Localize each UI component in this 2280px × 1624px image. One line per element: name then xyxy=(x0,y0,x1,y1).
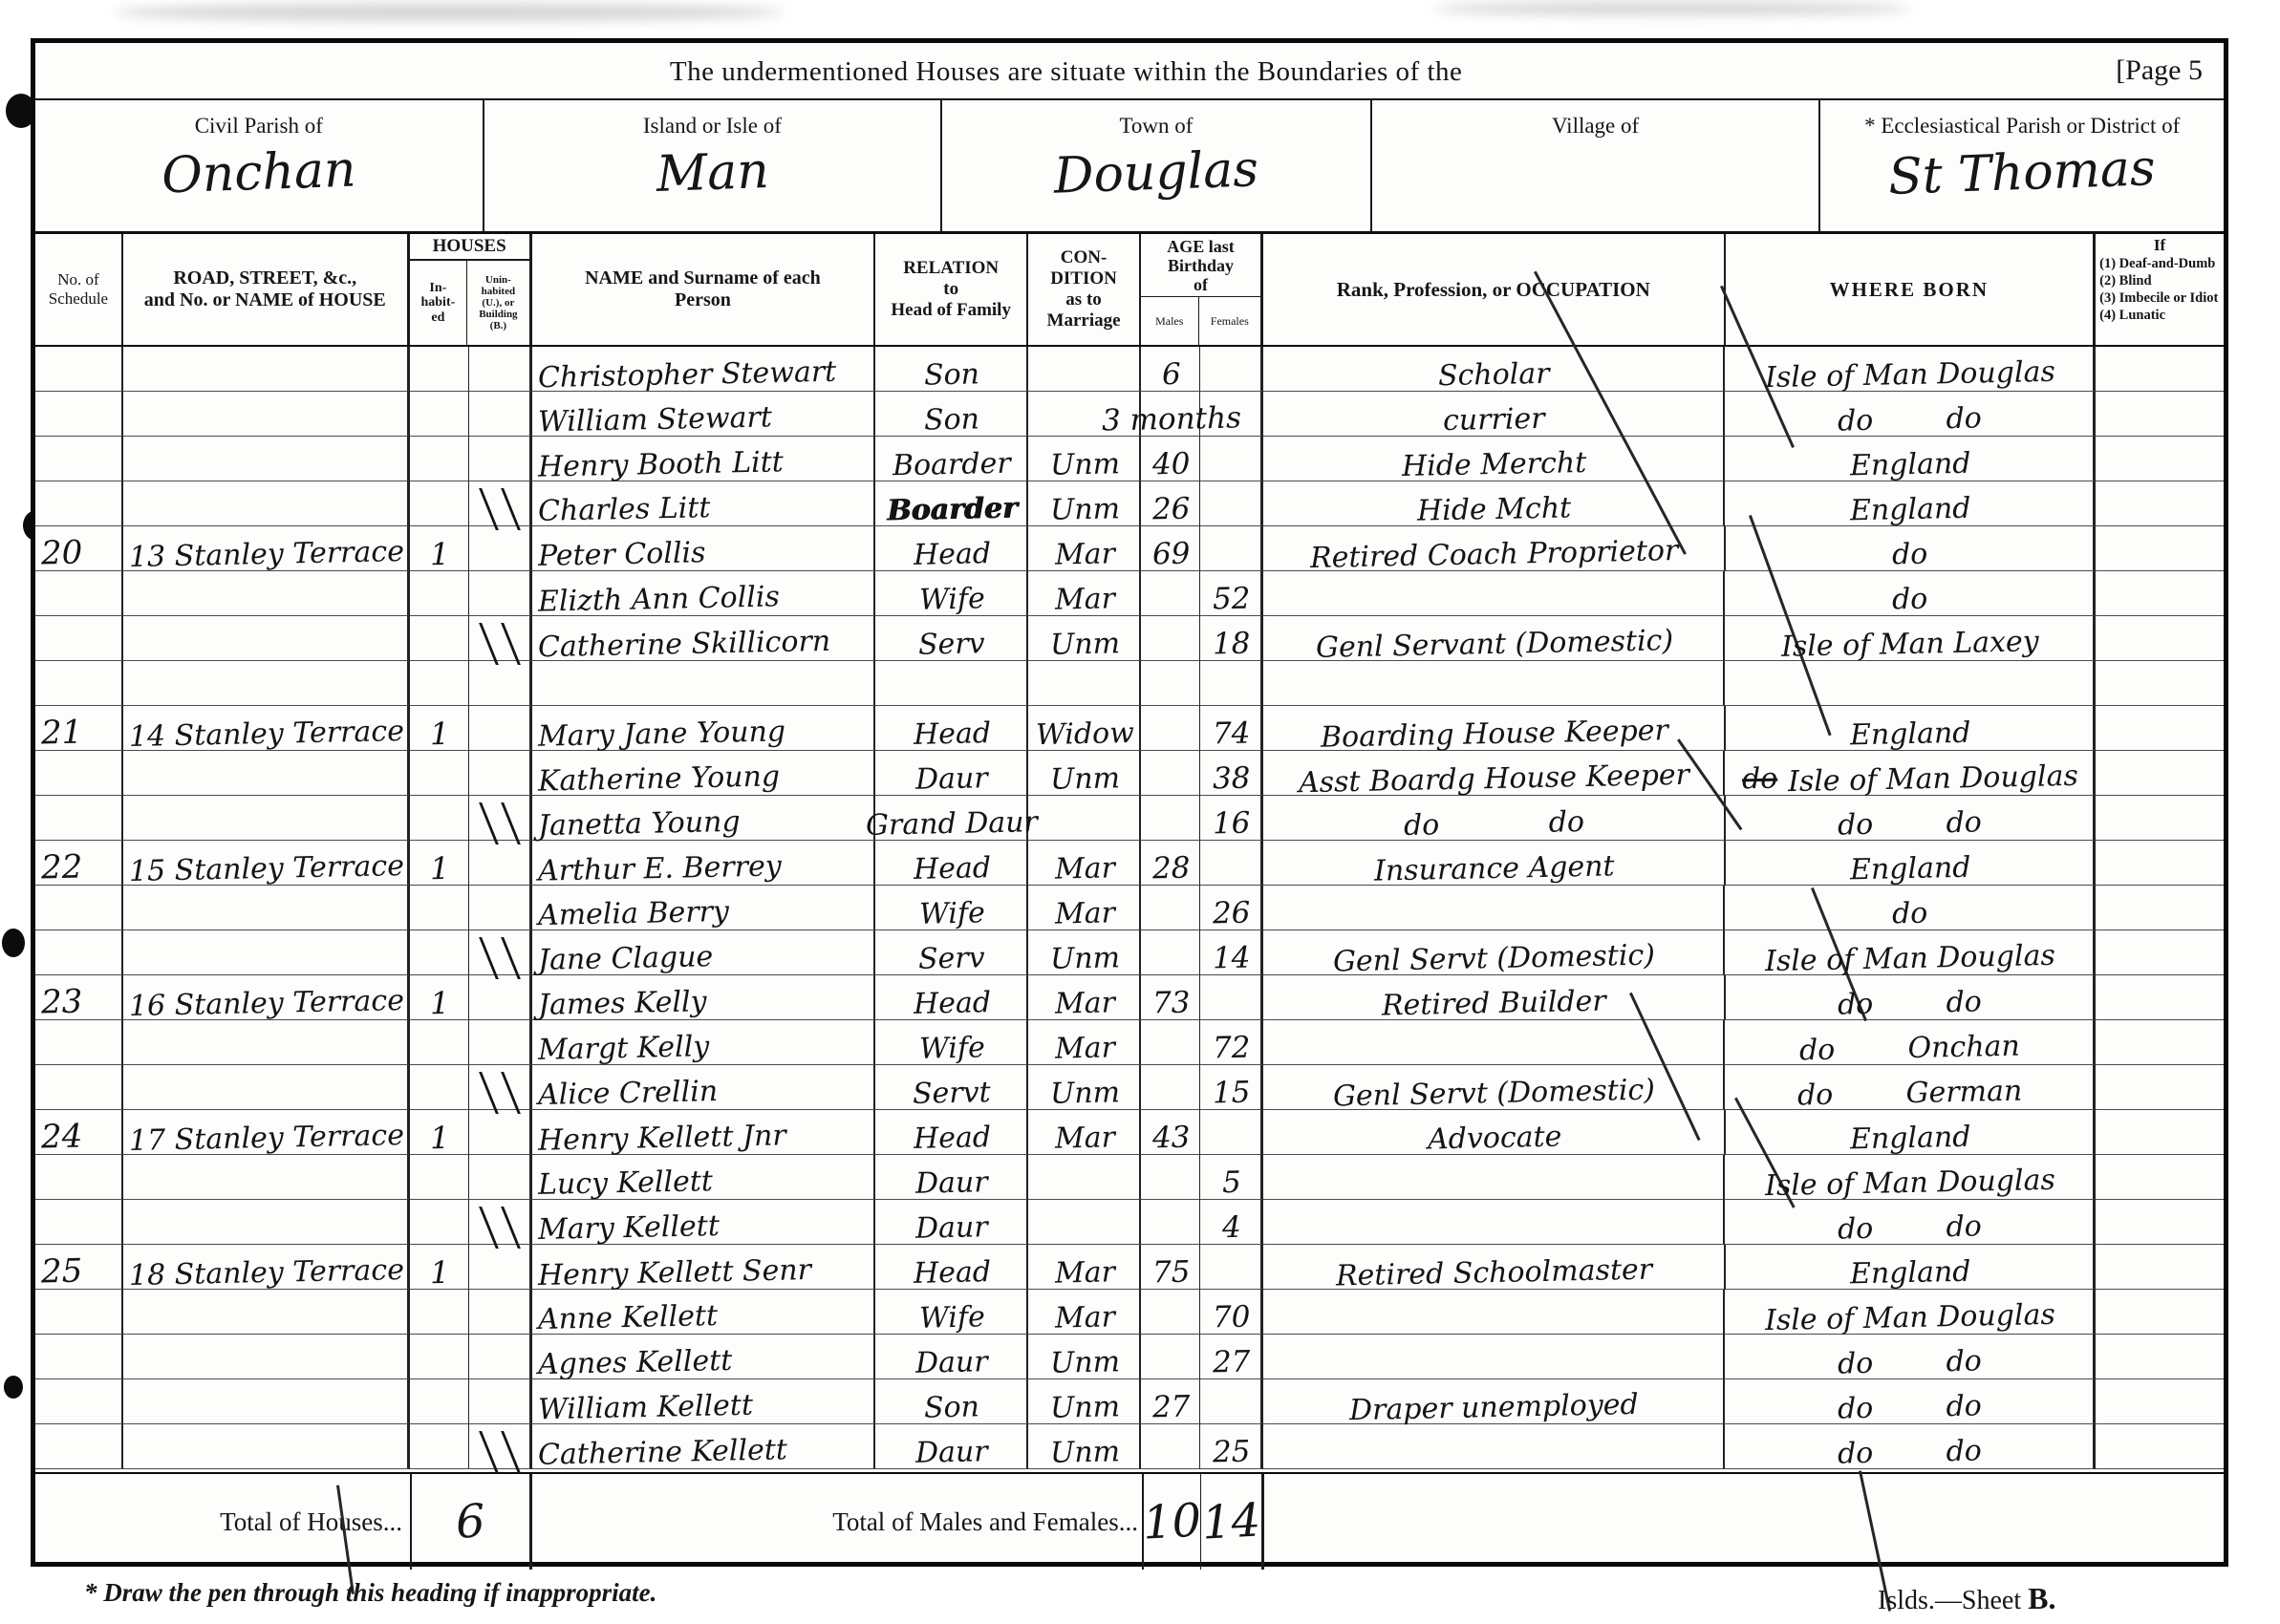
page-number: [Page 5 xyxy=(2116,54,2203,87)
cell-infirmity xyxy=(2096,661,2224,706)
handwritten-entry: William Stewart xyxy=(537,403,771,437)
handwritten-entry: Genl Servt (Domestic) xyxy=(1333,1076,1655,1111)
header-infirmity-if: If xyxy=(2099,236,2220,255)
cell-schedule xyxy=(35,392,123,437)
cell-occupation xyxy=(1263,1290,1726,1335)
handwritten-entry: do do xyxy=(1838,1392,1982,1423)
column-headers: No. of Schedule ROAD, STREET, &c., and N… xyxy=(35,234,2224,347)
total-males-value: 10 xyxy=(1142,1493,1203,1549)
cell-uninhabited xyxy=(469,1200,532,1245)
cell-infirmity xyxy=(2096,1245,2224,1290)
handwritten-entry: 18 xyxy=(1212,630,1250,660)
handwritten-entry: Draper unemployed xyxy=(1349,1391,1639,1425)
cell-name: Alice Crellin xyxy=(532,1065,876,1110)
handwritten-entry: Isle of Man Douglas xyxy=(1765,358,2055,393)
cell-schedule xyxy=(35,616,123,661)
cell-uninhabited xyxy=(469,571,532,616)
cell-occupation: Hide Mercht xyxy=(1263,437,1726,481)
cell-condition xyxy=(1028,796,1141,841)
handwritten-entry: Serv xyxy=(918,944,985,973)
handwritten-entry: Isle of Man Douglas xyxy=(1765,1301,2055,1336)
cell-occupation: currier xyxy=(1263,392,1726,437)
cell-relation: Grand Daur xyxy=(875,796,1028,841)
handwritten-entry: 43 xyxy=(1152,1123,1191,1154)
cell-condition: Mar xyxy=(1028,571,1141,616)
cell-schedule xyxy=(35,1200,123,1245)
handwritten-entry: 27 xyxy=(1151,1393,1190,1423)
cell-name: Anne Kellett xyxy=(532,1290,876,1335)
cell-name: Agnes Kellett xyxy=(532,1335,876,1379)
cell-occupation: Retired Schoolmaster xyxy=(1263,1245,1726,1290)
cell-born: do xyxy=(1725,571,2096,616)
cell-uninhabited xyxy=(469,481,532,526)
cell-road: 18 Stanley Terrace xyxy=(123,1245,410,1290)
cell-relation: Wife xyxy=(875,571,1028,616)
table-row: Jane ClagueServUnm14Genl Servt (Domestic… xyxy=(35,930,2224,975)
field-town: Town of Douglas xyxy=(942,100,1372,231)
cell-born: England xyxy=(1726,1110,2097,1155)
cell-inhabited xyxy=(410,1335,469,1379)
table-row: 2417 Stanley Terrace1Henry Kellett JnrHe… xyxy=(35,1110,2224,1155)
cell-relation: Wife xyxy=(875,886,1028,930)
cell-age_m: 27 xyxy=(1141,1379,1200,1424)
cell-road xyxy=(123,571,410,616)
handwritten-entry: Mar xyxy=(1054,540,1115,569)
cell-relation: Daur xyxy=(875,1200,1028,1245)
table-row: Katherine YoungDaurUnm38Asst Boardg Hous… xyxy=(35,751,2224,796)
handwritten-entry: 1 xyxy=(430,718,450,749)
cell-uninhabited xyxy=(469,796,532,841)
cell-uninhabited xyxy=(469,1335,532,1379)
handwritten-entry: Unm xyxy=(1049,944,1120,974)
handwritten-entry: Retired Schoolmaster xyxy=(1336,1256,1653,1292)
cell-age_f: 18 xyxy=(1200,616,1263,661)
location-fields-row: Civil Parish of Onchan Island or Isle of… xyxy=(35,100,2224,234)
cell-schedule: 23 xyxy=(35,975,123,1020)
cell-age_m xyxy=(1141,1424,1200,1469)
cell-age_m xyxy=(1141,1200,1200,1245)
cell-inhabited xyxy=(410,481,469,526)
cell-name: Henry Booth Litt xyxy=(532,437,876,481)
cell-road xyxy=(123,1379,410,1424)
cell-relation: Wife xyxy=(875,1290,1028,1335)
cell-name: Jane Clague xyxy=(532,930,876,975)
cell-condition: Unm xyxy=(1028,481,1141,526)
handwritten-entry: do German xyxy=(1797,1078,2023,1111)
handwritten-entry: Mar xyxy=(1054,1258,1115,1288)
cell-condition: Unm xyxy=(1028,930,1141,975)
handwritten-entry: England xyxy=(1849,854,1970,886)
cell-uninhabited xyxy=(469,526,532,571)
cell-name: Mary Kellett xyxy=(532,1200,876,1245)
cell-born: do xyxy=(1726,526,2097,571)
cell-age_f: 26 xyxy=(1200,886,1263,930)
field-value-handwritten: Onchan xyxy=(34,137,483,209)
cell-inhabited xyxy=(410,1424,469,1469)
cell-inhabited xyxy=(410,1065,469,1110)
field-island: Island or Isle of Man xyxy=(484,100,943,231)
cell-road xyxy=(123,1424,410,1469)
sheet-label: Islds.—Sheet B. xyxy=(1878,1581,2055,1616)
handwritten-entry: Serv xyxy=(918,630,985,659)
cell-infirmity xyxy=(2096,437,2224,481)
cell-relation: Servt xyxy=(875,1065,1028,1110)
handwritten-entry: 24 xyxy=(41,1121,83,1154)
ink-blob xyxy=(4,1376,23,1399)
struck-text: do xyxy=(1742,765,1778,795)
cell-inhabited: 1 xyxy=(410,1110,469,1155)
cell-infirmity xyxy=(2096,1335,2224,1379)
cell-infirmity xyxy=(2096,975,2224,1020)
cell-born: England xyxy=(1726,706,2097,751)
cell-uninhabited xyxy=(469,841,532,886)
cell-schedule xyxy=(35,481,123,526)
handwritten-entry: 16 xyxy=(1212,809,1250,840)
scan-smudge xyxy=(115,4,784,21)
handwritten-entry: Head xyxy=(914,854,992,885)
cell-uninhabited xyxy=(469,930,532,975)
cell-condition: Unm xyxy=(1028,1424,1141,1469)
cell-name: Catherine Kellett xyxy=(532,1424,876,1469)
cell-occupation: Boarding House Keeper xyxy=(1263,706,1726,751)
cell-occupation: Advocate xyxy=(1263,1110,1726,1155)
table-row: Janetta YoungGrand Daur16do dodo do xyxy=(35,796,2224,841)
cell-inhabited xyxy=(410,616,469,661)
header-infirmity-item: (2) Blind xyxy=(2099,272,2151,289)
cell-road: 17 Stanley Terrace xyxy=(123,1110,410,1155)
cell-inhabited xyxy=(410,392,469,437)
cell-condition: Widow xyxy=(1028,706,1141,751)
cell-born: England xyxy=(1726,841,2097,886)
cell-condition xyxy=(1028,1200,1141,1245)
handwritten-entry: 52 xyxy=(1212,585,1250,615)
handwritten-entry: 75 xyxy=(1152,1258,1191,1289)
cell-infirmity xyxy=(2096,571,2224,616)
cell-name: James Kelly xyxy=(532,975,876,1020)
cell-inhabited xyxy=(410,930,469,975)
cell-uninhabited xyxy=(469,975,532,1020)
cell-inhabited xyxy=(410,661,469,706)
header-road: ROAD, STREET, &c., and No. or NAME of HO… xyxy=(123,234,410,345)
household-tally-mark xyxy=(479,1207,521,1249)
cell-condition: Mar xyxy=(1028,886,1141,930)
cell-name: Peter Collis xyxy=(532,526,876,571)
handwritten-entry: Boarder xyxy=(887,495,1018,526)
cell-age_m: 75 xyxy=(1141,1245,1200,1290)
cell-road xyxy=(123,1290,410,1335)
handwritten-entry: Catherine Skillicorn xyxy=(537,628,830,662)
handwritten-entry: 15 Stanley Terrace xyxy=(129,852,404,887)
handwritten-entry: 1 xyxy=(430,988,450,1018)
cell-age_m xyxy=(1141,706,1200,751)
header-uninhabited: Unin- habited (U.), or Building (B.) xyxy=(467,261,528,345)
cell-age_f xyxy=(1200,975,1263,1020)
table-row: Christopher StewartSon6ScholarIsle of Ma… xyxy=(35,347,2224,392)
handwritten-entry: do xyxy=(1892,900,1928,930)
entries-table-body: Christopher StewartSon6ScholarIsle of Ma… xyxy=(35,347,2224,1472)
cell-uninhabited xyxy=(469,886,532,930)
cell-relation: Serv xyxy=(875,930,1028,975)
cell-schedule xyxy=(35,571,123,616)
cell-relation: Head xyxy=(875,526,1028,571)
cell-born: doIsle of Man Douglas xyxy=(1725,751,2096,796)
cell-name: Katherine Young xyxy=(532,751,876,796)
cell-uninhabited xyxy=(469,1424,532,1469)
cell-born xyxy=(1725,661,2096,706)
cell-inhabited xyxy=(410,1155,469,1200)
sheet-prefix: Islds.—Sheet xyxy=(1878,1586,2028,1615)
cell-name: Elizth Ann Collis xyxy=(532,571,876,616)
cell-inhabited xyxy=(410,1020,469,1065)
table-row: Henry Booth LittBoarderUnm40Hide MerchtE… xyxy=(35,437,2224,481)
handwritten-entry: Isle of Man Douglas xyxy=(1787,762,2077,797)
handwritten-entry: do do xyxy=(1838,404,1982,436)
cell-occupation xyxy=(1263,1020,1726,1065)
cell-born: do do xyxy=(1725,1424,2096,1469)
cell-occupation: do do xyxy=(1263,796,1726,841)
handwritten-entry: 1 xyxy=(430,853,450,884)
handwritten-entry: 38 xyxy=(1212,764,1250,795)
ink-blob xyxy=(2,929,25,957)
header-name: NAME and Surname of each Person xyxy=(532,234,876,345)
cell-born: do xyxy=(1725,886,2096,930)
cell-road: 15 Stanley Terrace xyxy=(123,841,410,886)
cell-inhabited: 1 xyxy=(410,975,469,1020)
field-ecclesiastical-parish: * Ecclesiastical Parish or District of S… xyxy=(1820,100,2224,231)
handwritten-entry: Unm xyxy=(1049,630,1120,660)
handwritten-entry: England xyxy=(1849,1123,1970,1155)
handwritten-entry: Isle of Man Douglas xyxy=(1765,942,2055,976)
handwritten-entry: Jane Clague xyxy=(537,943,713,975)
handwritten-entry: Widow xyxy=(1035,719,1133,750)
cell-schedule xyxy=(35,661,123,706)
cell-schedule xyxy=(35,1290,123,1335)
cell-relation: Son xyxy=(875,1379,1028,1424)
cell-condition: Mar xyxy=(1028,1245,1141,1290)
header-infirmity-item: (1) Deaf-and-Dumb xyxy=(2099,255,2215,272)
cell-schedule xyxy=(35,1155,123,1200)
cell-relation: Head xyxy=(875,1110,1028,1155)
handwritten-entry: 1 xyxy=(430,1257,450,1288)
table-row: Margt KellyWifeMar72do Onchan xyxy=(35,1020,2224,1065)
footer-instruction: * Draw the pen through this heading if i… xyxy=(84,1578,656,1608)
cell-infirmity xyxy=(2096,481,2224,526)
cell-occupation: Genl Servt (Domestic) xyxy=(1263,930,1726,975)
handwritten-entry: Wife xyxy=(918,1303,984,1333)
header-males: Males xyxy=(1141,297,1199,345)
cell-inhabited: 1 xyxy=(410,841,469,886)
field-label: Town of xyxy=(942,100,1370,139)
cell-age_f xyxy=(1200,437,1263,481)
cell-infirmity xyxy=(2096,347,2224,392)
handwritten-entry: do do xyxy=(1838,808,1982,840)
cell-uninhabited xyxy=(469,751,532,796)
cell-inhabited xyxy=(410,886,469,930)
cell-infirmity xyxy=(2096,1155,2224,1200)
handwritten-entry: 27 xyxy=(1212,1348,1250,1378)
handwritten-entry: Scholar xyxy=(1438,360,1550,391)
handwritten-entry: Catherine Kellett xyxy=(537,1436,787,1469)
cell-occupation xyxy=(1263,1424,1726,1469)
cell-born: Isle of Man Douglas xyxy=(1725,1155,2096,1200)
handwritten-entry: Genl Servant (Domestic) xyxy=(1315,627,1673,663)
cell-relation: Head xyxy=(875,975,1028,1020)
handwritten-entry: Daur xyxy=(915,1438,988,1468)
cell-infirmity xyxy=(2096,1290,2224,1335)
cell-age_m xyxy=(1141,661,1200,706)
table-row: Lucy KellettDaur5Isle of Man Douglas xyxy=(35,1155,2224,1200)
handwritten-entry: Wife xyxy=(918,585,984,614)
handwritten-entry: Servt xyxy=(913,1079,991,1109)
cell-born: do do xyxy=(1725,392,2096,437)
handwritten-entry: Unm xyxy=(1049,1393,1120,1423)
total-houses-value: 6 xyxy=(455,1494,486,1549)
handwritten-entry: Isle of Man Douglas xyxy=(1765,1166,2055,1201)
handwritten-entry: Arthur E. Berrey xyxy=(537,852,781,886)
cell-name: William Kellett xyxy=(532,1379,876,1424)
table-row: Catherine KellettDaurUnm25do do xyxy=(35,1424,2224,1469)
handwritten-entry: Daur xyxy=(915,1213,988,1244)
handwritten-entry: Daur xyxy=(915,1168,988,1199)
cell-condition: Mar xyxy=(1028,1290,1141,1335)
handwritten-entry: do xyxy=(1892,541,1928,570)
cell-schedule xyxy=(35,437,123,481)
cell-age_m xyxy=(1141,930,1200,975)
cell-name: Margt Kelly xyxy=(532,1020,876,1065)
handwritten-entry: England xyxy=(1849,495,1970,526)
cell-condition: Unm xyxy=(1028,1065,1141,1110)
handwritten-entry: Alice Crellin xyxy=(537,1078,718,1110)
cell-infirmity xyxy=(2096,706,2224,751)
handwritten-entry: do do xyxy=(1838,1347,1982,1378)
cell-occupation xyxy=(1263,661,1726,706)
handwritten-entry: Lucy Kellett xyxy=(537,1167,713,1200)
cell-relation: Son xyxy=(875,392,1028,437)
handwritten-entry: England xyxy=(1849,1258,1970,1290)
cell-age_f: 27 xyxy=(1200,1335,1263,1379)
handwritten-entry: 26 xyxy=(1212,899,1250,930)
form-header: The undermentioned Houses are situate wi… xyxy=(35,43,2224,100)
table-row: 2215 Stanley Terrace1Arthur E. BerreyHea… xyxy=(35,841,2224,886)
cell-road xyxy=(123,1065,410,1110)
cell-road xyxy=(123,930,410,975)
cell-inhabited xyxy=(410,1200,469,1245)
handwritten-entry: Son xyxy=(924,1393,980,1422)
handwritten-entry: 72 xyxy=(1212,1034,1250,1064)
cell-occupation: Draper unemployed xyxy=(1263,1379,1726,1424)
handwritten-entry: do do xyxy=(1838,1437,1982,1468)
cell-inhabited xyxy=(410,437,469,481)
handwritten-entry: currier xyxy=(1443,405,1545,436)
cell-schedule: 25 xyxy=(35,1245,123,1290)
handwritten-entry: 1 xyxy=(430,539,450,569)
handwritten-entry: Unm xyxy=(1049,450,1120,481)
handwritten-entry: 74 xyxy=(1212,719,1250,750)
handwritten-entry: Son xyxy=(924,360,980,390)
cell-age_m xyxy=(1141,1020,1200,1065)
household-tally-mark xyxy=(479,488,521,530)
cell-age_f: 70 xyxy=(1200,1290,1263,1335)
cell-age_f: 4 xyxy=(1200,1200,1263,1245)
handwritten-entry: Head xyxy=(914,1258,992,1289)
handwritten-entry: Unm xyxy=(1049,1348,1120,1378)
cell-age_f xyxy=(1200,661,1263,706)
cell-relation: Head xyxy=(875,1245,1028,1290)
cell-relation: Serv xyxy=(875,616,1028,661)
handwritten-entry: Mary Kellett xyxy=(537,1212,719,1245)
header-infirmity-item: (3) Imbecile or Idiot xyxy=(2099,289,2218,307)
table-row: 2013 Stanley Terrace1Peter CollisHeadMar… xyxy=(35,526,2224,571)
cell-schedule xyxy=(35,930,123,975)
field-village: Village of xyxy=(1372,100,1821,231)
header-infirmity-item: (4) Lunatic xyxy=(2099,307,2165,324)
cell-road xyxy=(123,1155,410,1200)
totals-row: Total of Houses... 6 Total of Males and … xyxy=(35,1472,2224,1570)
cell-born: Isle of Man Douglas xyxy=(1725,930,2096,975)
handwritten-entry: Isle of Man Laxey xyxy=(1781,628,2039,662)
cell-age_m xyxy=(1141,1290,1200,1335)
handwritten-entry: do xyxy=(1892,586,1928,615)
handwritten-entry: 25 xyxy=(41,1255,83,1289)
handwritten-entry: Mar xyxy=(1054,899,1115,929)
cell-name: William Stewart xyxy=(532,392,876,437)
field-civil-parish: Civil Parish of Onchan xyxy=(35,100,484,231)
cell-uninhabited xyxy=(469,1020,532,1065)
field-value-handwritten: St Thomas xyxy=(1819,138,2224,209)
handwritten-entry: Insurance Agent xyxy=(1374,852,1615,886)
handwritten-entry: Katherine Young xyxy=(537,762,780,796)
cell-condition: Mar xyxy=(1028,526,1141,571)
cell-relation: Boarder xyxy=(875,481,1028,526)
cell-infirmity xyxy=(2096,392,2224,437)
cell-schedule xyxy=(35,1020,123,1065)
handwritten-entry: Head xyxy=(914,719,992,750)
cell-uninhabited xyxy=(469,1290,532,1335)
handwritten-entry: Wife xyxy=(918,1034,984,1063)
table-row: 2114 Stanley Terrace1Mary Jane YoungHead… xyxy=(35,706,2224,751)
cell-infirmity xyxy=(2096,1200,2224,1245)
handwritten-entry: Son xyxy=(924,405,980,435)
handwritten-entry: Agnes Kellett xyxy=(537,1347,732,1379)
handwritten-entry: Genl Servt (Domestic) xyxy=(1333,941,1655,976)
cell-infirmity xyxy=(2096,1424,2224,1469)
field-value-handwritten xyxy=(1372,137,1818,152)
cell-age_f: 74 xyxy=(1200,706,1263,751)
handwritten-entry: do do xyxy=(1404,808,1585,841)
cell-condition: Unm xyxy=(1028,1379,1141,1424)
cell-condition: Unm xyxy=(1028,616,1141,661)
handwritten-entry: Retired Coach Proprietor xyxy=(1310,537,1679,573)
cell-infirmity xyxy=(2096,796,2224,841)
cell-born: England xyxy=(1725,437,2096,481)
handwritten-entry: Head xyxy=(914,1123,992,1154)
cell-condition: Mar xyxy=(1028,1020,1141,1065)
field-value-handwritten: Man xyxy=(484,137,941,210)
table-row xyxy=(35,661,2224,706)
cell-schedule: 22 xyxy=(35,841,123,886)
cell-uninhabited xyxy=(469,392,532,437)
handwritten-entry: Hide Mcht xyxy=(1417,494,1572,525)
cell-age_m xyxy=(1141,571,1200,616)
cell-schedule xyxy=(35,1379,123,1424)
household-tally-mark xyxy=(479,802,521,844)
cell-road xyxy=(123,616,410,661)
cell-name: Catherine Skillicorn xyxy=(532,616,876,661)
handwritten-entry: Boarder xyxy=(893,450,1011,481)
table-row: Catherine SkillicornServUnm18Genl Servan… xyxy=(35,616,2224,661)
cell-uninhabited xyxy=(469,1155,532,1200)
handwritten-entry: 14 Stanley Terrace xyxy=(129,717,404,752)
